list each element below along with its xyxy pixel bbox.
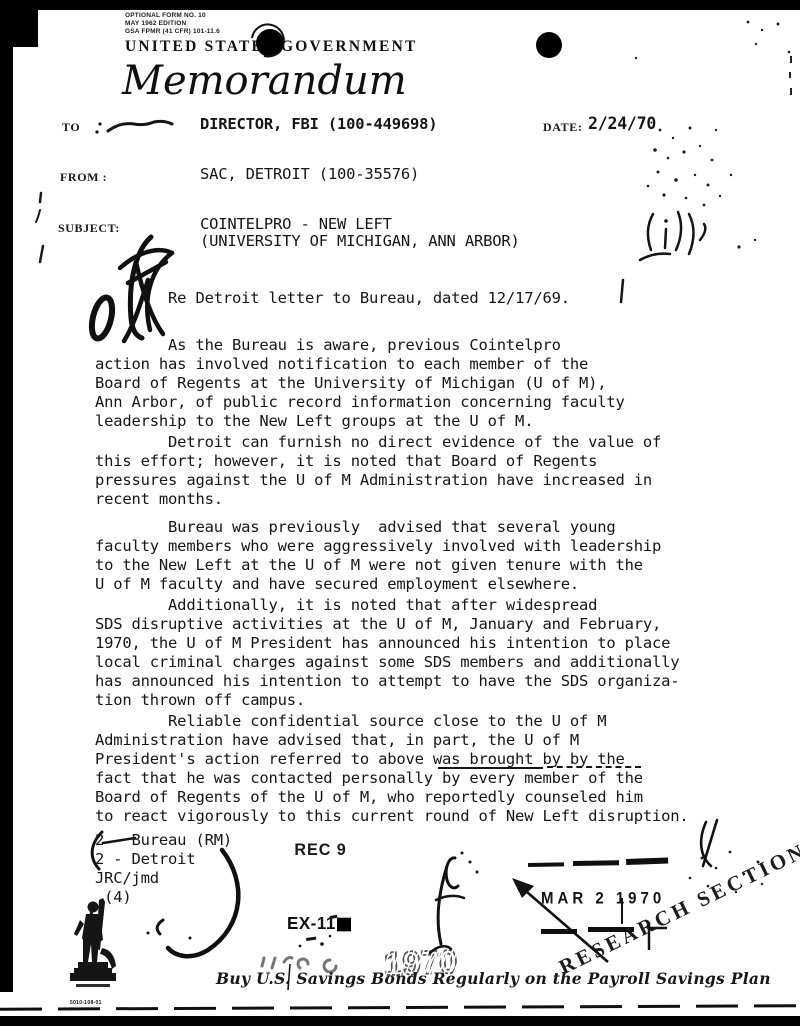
agency-title: UNITED STATES GOVERNMENT	[125, 38, 418, 56]
to-value: DIRECTOR, FBI (100-449698)	[200, 115, 437, 134]
paragraph-4: Additionally, it is noted that after wid…	[95, 596, 679, 710]
minuteman-statue-icon	[70, 898, 116, 987]
paragraph-1: As the Bureau is aware, previous Cointel…	[95, 336, 625, 431]
subject-value-line2: (UNIVERSITY OF MICHIGAN, ANN ARBOR)	[200, 232, 520, 251]
scan-top-edge	[0, 0, 800, 10]
ex-stamp-label: EX-11	[287, 914, 336, 935]
savings-bond-slogan: Buy U.S. Savings Bonds Regularly on the …	[216, 969, 771, 988]
re-line: Re Detroit letter to Bureau, dated 12/17…	[95, 289, 570, 308]
rec-stamp: REC 9	[294, 840, 346, 860]
scan-left-edge	[0, 0, 13, 992]
paragraph-3: Bureau was previously advised that sever…	[95, 518, 661, 594]
ink-blob	[337, 917, 351, 931]
paragraph-2: Detroit can furnish no direct evidence o…	[95, 433, 661, 509]
received-date-stamp: MAR 2 1970	[541, 889, 665, 908]
to-line-scribble	[95, 121, 172, 133]
to-label: TO	[62, 120, 80, 135]
slash-scrawl	[701, 820, 717, 866]
right-edge-marks	[789, 56, 792, 95]
hand-underline-dashed	[547, 766, 641, 768]
form-number-line3: GSA FPMR (41 CFR) 101-11.6	[125, 28, 220, 36]
from-value: SAC, DETROIT (100-35576)	[200, 165, 419, 184]
subject-speckle-cluster	[647, 127, 757, 249]
paragraph-5: Reliable confidential source close to th…	[95, 712, 689, 826]
date-label: DATE:	[543, 120, 582, 135]
memorandum-title: Memorandum	[122, 58, 407, 104]
subject-margin-handwriting	[621, 212, 705, 302]
margin-marks	[36, 193, 43, 262]
subject-label: SUBJECT:	[58, 221, 120, 236]
ex-stamp: EX-11	[287, 914, 351, 935]
from-label: FROM :	[60, 170, 107, 185]
date-value: 2/24/70	[588, 114, 656, 133]
statue-form-number: 5010-108-01	[70, 1000, 102, 1006]
signature-scrawl	[430, 852, 479, 954]
cc-block: 2 - Bureau (RM) 2 - Detroit JRC/jmd (4)	[95, 831, 232, 907]
research-section-stamp: RESEARCH SECTION	[555, 838, 800, 980]
hand-underline-solid	[438, 767, 543, 769]
hole-punch-right-icon	[536, 32, 562, 58]
form-number-line2: MAY 1962 EDITION	[125, 20, 186, 28]
scan-bottom-edge	[0, 1016, 800, 1026]
corner-speckles	[635, 21, 791, 60]
memo-page: OPTIONAL FORM NO. 10 MAY 1962 EDITION GS…	[0, 0, 800, 1026]
scan-bottom-broken-line	[0, 1004, 800, 1010]
form-number-line1: OPTIONAL FORM NO. 10	[125, 12, 206, 20]
